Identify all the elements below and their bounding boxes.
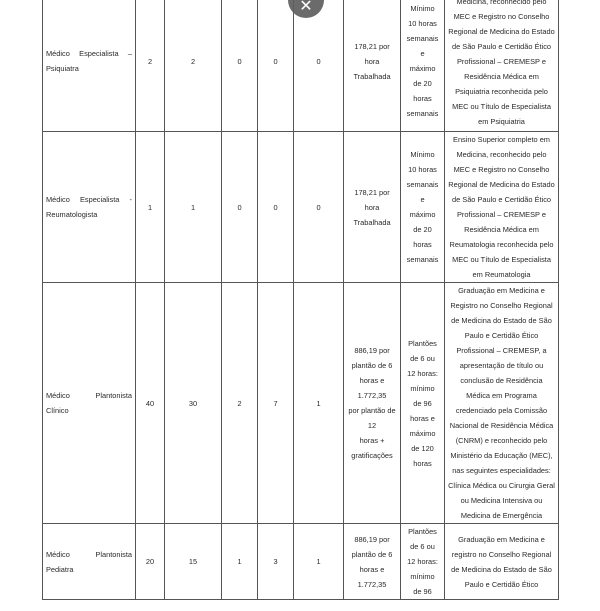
count-cell: 15 [165,524,222,600]
workload-cell: Mínimo 10 horas semanais e máximo de 20 … [401,132,445,283]
count-cell: 7 [258,283,294,524]
salary-cell: 178,21 por hora Trabalhada [344,0,401,132]
count-cell: 1 [165,132,222,283]
count-cell: 40 [136,283,165,524]
count-cell: 1 [136,132,165,283]
count-cell: 1 [222,524,258,600]
salary-cell: 886,19 por plantão de 6 horas e 1.772,35… [344,283,401,524]
count-cell: 20 [136,524,165,600]
table-row: Médico PlantonistaPediatra 20 15 1 3 1 8… [43,524,559,600]
salary-cell: 886,19 por plantão de 6 horas e 1.772,35 [344,524,401,600]
cargo-cell: Médico PlantonistaPediatra [43,524,136,600]
count-cell: 2 [222,283,258,524]
count-cell: 1 [294,524,344,600]
count-cell: 0 [294,132,344,283]
count-cell: 2 [165,0,222,132]
close-icon: ✕ [299,0,312,15]
requirements-cell: Graduação em Medicina e registro no Cons… [445,524,559,600]
workload-cell: Plantões de 6 ou 12 horas: mínimo de 96 [401,524,445,600]
count-cell: 2 [136,0,165,132]
document-page: Médico Especialista –Psiquiatra 2 2 0 0 … [0,0,600,611]
cargo-cell: Médico Especialista –Psiquiatra [43,0,136,132]
count-cell: 0 [294,0,344,132]
table-row: Médico PlantonistaClínico 40 30 2 7 1 88… [43,283,559,524]
count-cell: 0 [258,132,294,283]
requirements-cell: Graduação em Medicina e Registro no Cons… [445,283,559,524]
table-row: Médico Especialista –Psiquiatra 2 2 0 0 … [43,0,559,132]
workload-cell: Mínimo 10 horas semanais e máximo de 20 … [401,0,445,132]
table-row: Médico Especialista -Reumatologista 1 1 … [43,132,559,283]
positions-table: Médico Especialista –Psiquiatra 2 2 0 0 … [42,0,559,600]
cargo-cell: Médico Especialista -Reumatologista [43,132,136,283]
requirements-cell: Ensino Superior completo em Medicina, re… [445,132,559,283]
cargo-cell: Médico PlantonistaClínico [43,283,136,524]
salary-cell: 178,21 por hora Trabalhada [344,132,401,283]
workload-cell: Plantões de 6 ou 12 horas: mínimo de 96 … [401,283,445,524]
count-cell: 3 [258,524,294,600]
count-cell: 0 [258,0,294,132]
count-cell: 1 [294,283,344,524]
requirements-cell: Medicina, reconhecido pelo MEC e Registr… [445,0,559,132]
count-cell: 0 [222,132,258,283]
count-cell: 30 [165,283,222,524]
count-cell: 0 [222,0,258,132]
